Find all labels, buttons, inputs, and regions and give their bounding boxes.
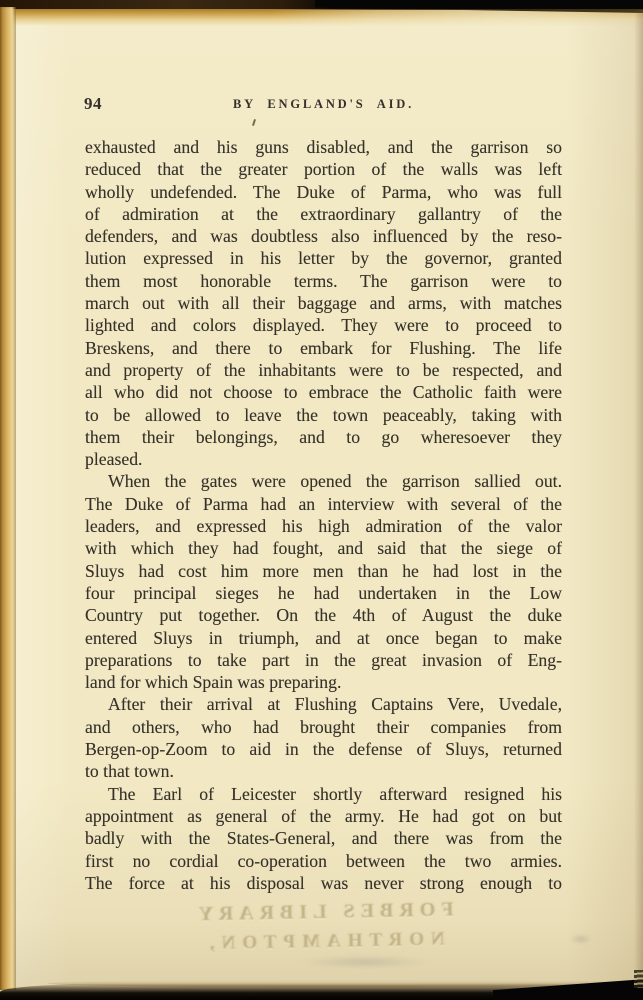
text-line: reduced that the greater portion of the … <box>85 158 562 180</box>
page-smudge <box>570 934 592 944</box>
page-edge-top-gilt <box>0 9 643 26</box>
text-line: and others, who had brought their compan… <box>85 716 562 738</box>
ink-speck <box>252 119 256 126</box>
library-stamp-showthrough: FORBES LIBRARY NORTHAMPTON, <box>84 892 562 961</box>
text-line: of admiration at the extraordinary galla… <box>85 203 562 225</box>
text-line: Country put together. On the 4th of Augu… <box>85 604 562 626</box>
text-line: Sluys had cost him more men than he had … <box>85 560 562 582</box>
text-line: When the gates were opened the garrison … <box>85 470 562 492</box>
text-line: lighted and colors displayed. They were … <box>85 314 562 336</box>
text-line: defenders, and was doubtless also influe… <box>85 225 562 247</box>
text-line: march out with all their baggage and arm… <box>85 292 562 314</box>
text-line: preparations to take part in the great i… <box>85 649 562 671</box>
text-line: pleased. <box>85 448 562 470</box>
text-line: The Earl of Leicester shortly afterward … <box>85 783 562 805</box>
page-edge-marks <box>634 970 643 988</box>
text-line: them their belongings, and to go whereso… <box>85 426 562 448</box>
text-line: land for which Spain was preparing. <box>85 671 562 693</box>
text-line: wholly undefended. The Duke of Parma, wh… <box>85 181 562 203</box>
text-line: The force at his disposal was never stro… <box>85 872 562 894</box>
text-line: appointment as general of the army. He h… <box>85 805 562 827</box>
page-smudge <box>300 956 430 968</box>
text-line: to be allowed to leave the town peaceabl… <box>85 404 562 426</box>
page-edge-right-shadow <box>634 10 643 986</box>
running-header: BY ENGLAND'S AID. <box>85 97 562 112</box>
text-block: exhausted and his guns disabled, and the… <box>85 136 562 894</box>
page-edge-left-gilt <box>0 7 16 990</box>
text-line: Breskens, and there to embark for Flushi… <box>85 337 562 359</box>
text-line: first no cordial co-operation between th… <box>85 850 562 872</box>
text-line: entered Sluys in triumph, and at once be… <box>85 627 562 649</box>
text-line: all who did not choose to embrace the Ca… <box>85 381 562 403</box>
text-line: lution expressed in his letter by the go… <box>85 247 562 269</box>
text-line: The Duke of Parma had an interview with … <box>85 493 562 515</box>
scanned-book-page: 94 BY ENGLAND'S AID. exhausted and his g… <box>0 0 643 1000</box>
text-line: Bergen-op-Zoom to aid in the defense of … <box>85 738 562 760</box>
text-line: them most honorable terms. The garrison … <box>85 270 562 292</box>
text-line: four principal sieges he had undertaken … <box>85 582 562 604</box>
text-line: leaders, and expressed his high admirati… <box>85 515 562 537</box>
text-line: and property of the inhabitants were to … <box>85 359 562 381</box>
text-line: exhausted and his guns disabled, and the… <box>85 136 562 158</box>
text-line: badly with the States-General, and there… <box>85 827 562 849</box>
text-line: After their arrival at Flushing Captains… <box>85 693 562 715</box>
text-line: to that town. <box>85 760 562 782</box>
text-line: with which they had fought, and said tha… <box>85 537 562 559</box>
